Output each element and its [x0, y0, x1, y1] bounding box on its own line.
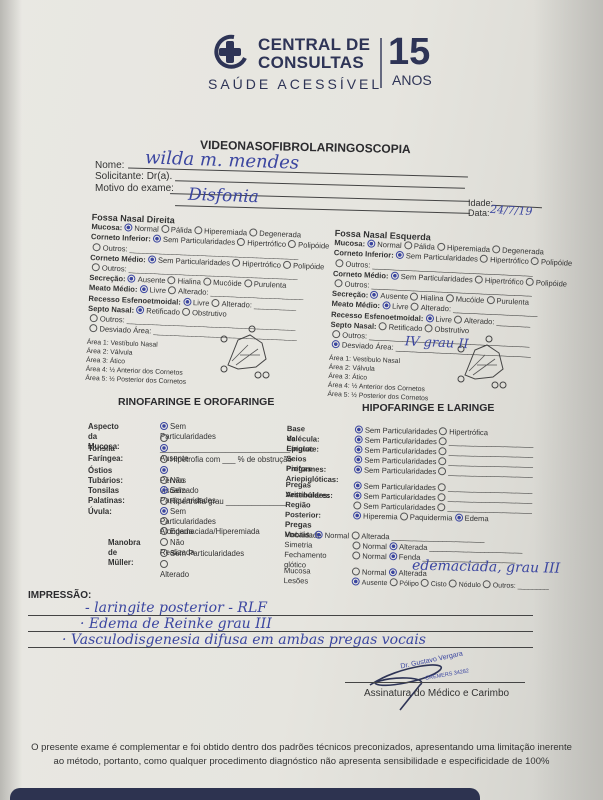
- radio[interactable]: [168, 287, 176, 295]
- option-label: Nódulo: [459, 582, 481, 589]
- fd-corneto-inf-label: Corneto Inferior:: [91, 232, 151, 243]
- option-label: Hipertrófico: [242, 259, 281, 270]
- option-label: Livre: [193, 298, 210, 308]
- option-label: Pálida: [414, 242, 435, 252]
- radio-checked[interactable]: [160, 486, 168, 494]
- radio[interactable]: [160, 434, 168, 442]
- option-label: Paquidermia: [410, 513, 453, 523]
- option-label: Outros:: [344, 280, 369, 290]
- option-label: Normal: [377, 240, 402, 250]
- radio[interactable]: [89, 324, 97, 332]
- radio-checked[interactable]: [315, 531, 323, 539]
- hl-label: Região Posterior:: [285, 500, 321, 521]
- option-label: Polipóide: [536, 278, 568, 288]
- rf-label: Manobra de Müller:: [108, 538, 141, 569]
- radio-checked[interactable]: [353, 511, 361, 519]
- option-label: Ausente: [380, 291, 408, 301]
- option-label: Livre: [392, 302, 409, 312]
- option-label: Edemaciada/Hiperemiada: [170, 527, 260, 536]
- radio-checked[interactable]: [160, 444, 168, 452]
- radio[interactable]: [335, 259, 343, 267]
- radio[interactable]: [352, 567, 360, 575]
- option-label: Pólipo: [399, 580, 419, 587]
- doctor-signature: [360, 655, 530, 715]
- logo-years-label: ANOS: [392, 72, 432, 88]
- option-label: Desviado Área:: [342, 341, 394, 352]
- radio[interactable]: [244, 279, 252, 287]
- radio-checked[interactable]: [354, 465, 362, 473]
- logo-divider: [380, 38, 382, 88]
- option-label: Alterado:: [221, 299, 252, 309]
- disclaimer-line-2: ao método, portanto, como qualquer proce…: [0, 756, 603, 767]
- fd-septo-label: Septo Nasal:: [88, 304, 134, 315]
- radio[interactable]: [160, 527, 168, 535]
- radio[interactable]: [410, 293, 418, 301]
- option-label: Purulenta: [254, 280, 287, 290]
- shadow-left: [0, 0, 22, 800]
- radio-checked[interactable]: [183, 297, 191, 305]
- option-label: Hipetrofia com ___ % de obstrução: [170, 455, 292, 464]
- option-label: Sem Particularidades: [364, 456, 436, 467]
- option-label: Hiperemia: [363, 512, 398, 522]
- radio-checked[interactable]: [354, 455, 362, 463]
- nome-label: Nome:: [95, 160, 124, 171]
- radio-checked[interactable]: [128, 275, 136, 283]
- rf-label: Tonsilas Palatinas:: [88, 486, 125, 506]
- option-label: Normal: [325, 531, 350, 541]
- option-label: Hipertrófico: [490, 255, 529, 266]
- option-label: Polipóide: [298, 241, 330, 251]
- radio[interactable]: [160, 538, 168, 546]
- radio-checked[interactable]: [136, 306, 144, 314]
- fe-meato-label: Meato Médio:: [331, 299, 380, 310]
- radio-checked[interactable]: [396, 251, 404, 259]
- option-label: Sem Particularidades: [365, 426, 437, 437]
- rf-label: Tonsila Faríngea:: [88, 444, 123, 464]
- radio[interactable]: [526, 278, 534, 286]
- nasal-anatomy-diagram-left: [455, 335, 511, 389]
- radio-checked[interactable]: [148, 255, 156, 263]
- option-label: Polipóide: [293, 261, 325, 271]
- logo-tagline: SAÚDE ACESSÍVEL: [208, 76, 382, 92]
- option-label: Polipóide: [541, 258, 573, 268]
- option-label: Sem Particularidades: [170, 549, 244, 558]
- radio[interactable]: [439, 437, 447, 445]
- hl-mucosa-value[interactable]: edemaciada, grau III: [412, 561, 560, 574]
- radio[interactable]: [379, 322, 387, 330]
- radio[interactable]: [486, 296, 494, 304]
- radio[interactable]: [438, 483, 446, 491]
- option-label: Hialina: [178, 277, 202, 287]
- option-label: Desviado Área:: [99, 325, 151, 336]
- fd-corneto-med-label: Corneto Médio:: [90, 253, 146, 264]
- radio[interactable]: [160, 560, 168, 568]
- option-label: Livre: [435, 314, 452, 324]
- option-label: Obstrutivo: [434, 324, 469, 335]
- option-label: Alterado:: [464, 316, 495, 326]
- radio[interactable]: [332, 330, 340, 338]
- option-label: Outros:: [103, 243, 128, 253]
- radio[interactable]: [437, 243, 445, 251]
- radio[interactable]: [182, 308, 190, 316]
- option-label: Retificado: [146, 306, 180, 316]
- rinofaringe-title: RINOFARINGE E OROFARINGE: [118, 396, 274, 408]
- radio[interactable]: [439, 427, 447, 435]
- checkbox-checked[interactable]: [332, 340, 340, 348]
- option-label: Degenerada: [259, 229, 301, 240]
- option-label: Hialina: [420, 293, 444, 303]
- radio[interactable]: [334, 279, 342, 287]
- logo-line-2: CONSULTAS: [258, 54, 364, 71]
- option-label: Mucóide: [213, 278, 242, 288]
- radio-checked[interactable]: [389, 542, 397, 550]
- signature-label: Assinatura do Médico e Carimbo: [364, 688, 509, 699]
- option-label: Sem Particularidades: [363, 502, 435, 513]
- data-value[interactable]: 24/7/19: [490, 203, 533, 218]
- radio[interactable]: [160, 476, 168, 484]
- radio[interactable]: [249, 229, 257, 237]
- radio[interactable]: [475, 275, 483, 283]
- radio[interactable]: [439, 447, 447, 455]
- fd-mucosa-label: Mucosa:: [91, 222, 122, 232]
- fe-secrecao-label: Secreção:: [332, 289, 369, 300]
- radio[interactable]: [352, 551, 360, 559]
- footer-band: [10, 788, 480, 800]
- option-label: Hipertrófico: [247, 239, 286, 250]
- option-label: Alterado:: [420, 303, 451, 313]
- fe-septo-label: Septo Nasal:: [330, 320, 376, 331]
- radio[interactable]: [411, 303, 419, 311]
- option-label: Sem Particularidades: [364, 466, 436, 477]
- radio[interactable]: [438, 493, 446, 501]
- radio-checked[interactable]: [352, 577, 360, 585]
- fe-corneto-inf-label: Corneto Inferior:: [334, 248, 394, 260]
- radio[interactable]: [352, 541, 360, 549]
- radio[interactable]: [92, 263, 100, 271]
- radio-checked[interactable]: [354, 481, 362, 489]
- solicitante-label: Solicitante: Dr(a).: [95, 171, 172, 182]
- radio[interactable]: [288, 240, 296, 248]
- radio-checked[interactable]: [454, 514, 462, 522]
- fossa-esquerda-section: Fossa Nasal Esquerda Mucosa: Normal Páli…: [327, 228, 573, 410]
- radio-checked[interactable]: [153, 235, 161, 243]
- fd-meato-label: Meato Médio:: [89, 283, 138, 294]
- option-label: Sem Particularidades: [364, 482, 436, 493]
- radio[interactable]: [351, 531, 359, 539]
- radio[interactable]: [168, 276, 176, 284]
- radio-checked[interactable]: [391, 271, 399, 279]
- option-label: Outros:: [102, 263, 127, 273]
- hl-label: Lesões: [284, 576, 309, 587]
- radio[interactable]: [237, 238, 245, 246]
- option-label: Retificado: [388, 322, 422, 333]
- radio[interactable]: [211, 299, 219, 307]
- option-label: Normal: [362, 542, 387, 552]
- impressao-text-1[interactable]: - laringite posterior - RLF: [85, 600, 267, 616]
- option-label: Degenerada: [502, 246, 544, 257]
- radio-checked[interactable]: [370, 291, 378, 299]
- option-label: Alterado:: [178, 287, 209, 297]
- impressao-text-3[interactable]: · Vasculodisgenesia difusa em ambas preg…: [62, 632, 426, 648]
- option-label: Hipertrófico: [485, 276, 524, 287]
- radio[interactable]: [160, 497, 168, 505]
- option-label: Sem Particularidades: [364, 446, 436, 457]
- radio[interactable]: [160, 549, 168, 557]
- radio-checked[interactable]: [160, 466, 168, 474]
- option-label: Mucóide: [455, 295, 484, 305]
- radio-checked[interactable]: [353, 491, 361, 499]
- rf-label: Óstios Tubários:: [88, 466, 123, 486]
- radio[interactable]: [438, 457, 446, 465]
- option-label: Obstrutivo: [192, 308, 227, 318]
- option-label: Normal: [362, 552, 387, 562]
- disclaimer-line-1: O presente exame é complementar e foi ob…: [0, 742, 603, 753]
- impressao-label: IMPRESSÃO:: [28, 590, 91, 601]
- radio[interactable]: [353, 501, 361, 509]
- option-label: Sem Particularidades: [365, 436, 437, 447]
- radio[interactable]: [203, 278, 211, 286]
- radio[interactable]: [438, 467, 446, 475]
- option-label: Purulenta: [496, 297, 529, 307]
- radio[interactable]: [454, 315, 462, 323]
- radio-checked[interactable]: [367, 240, 375, 248]
- radio[interactable]: [438, 503, 446, 511]
- radio-checked[interactable]: [355, 435, 363, 443]
- radio[interactable]: [93, 243, 101, 251]
- radio[interactable]: [492, 245, 500, 253]
- radio-checked[interactable]: [389, 552, 397, 560]
- radio[interactable]: [160, 517, 168, 525]
- fe-mucosa-label: Mucosa:: [334, 238, 365, 248]
- rf-label: Úvula:: [88, 507, 112, 517]
- logo-line-1: CENTRAL DE: [258, 36, 370, 53]
- option-label: Ausente: [362, 580, 388, 588]
- radio[interactable]: [480, 255, 488, 263]
- nasal-anatomy-diagram-right: [218, 325, 274, 379]
- fd-areas-legend: Área 1: Vestíbulo Nasal Área 2: Válvula …: [85, 338, 325, 393]
- option-label: Outros:: [493, 582, 516, 589]
- radio[interactable]: [446, 294, 454, 302]
- option-label: Ausente: [138, 275, 166, 285]
- option-label: Outros:: [342, 330, 367, 340]
- radio-checked[interactable]: [124, 224, 132, 232]
- option-label: Hipertrofia grau: [170, 497, 224, 506]
- radio-checked[interactable]: [160, 507, 168, 515]
- option-label: Hiperemiada: [204, 227, 247, 238]
- fd-secrecao-label: Secreção:: [89, 273, 126, 283]
- radio[interactable]: [421, 579, 429, 587]
- radio[interactable]: [232, 258, 240, 266]
- option-label: Cisto: [431, 581, 447, 588]
- radio-checked[interactable]: [354, 445, 362, 453]
- medical-cross-icon: [212, 34, 248, 70]
- radio[interactable]: [161, 225, 169, 233]
- option-label: Alterado: [160, 570, 189, 579]
- radio[interactable]: [449, 579, 457, 587]
- radio[interactable]: [90, 314, 98, 322]
- option-label: Alterada: [399, 542, 427, 552]
- radio[interactable]: [404, 241, 412, 249]
- radio[interactable]: [283, 261, 291, 269]
- motivo-label: Motivo do exame:: [95, 183, 174, 194]
- radio[interactable]: [531, 257, 539, 265]
- radio-checked[interactable]: [382, 302, 390, 310]
- impressao-text-2[interactable]: · Edema de Reinke grau III: [80, 616, 272, 632]
- clinic-logo: CENTRAL DE CONSULTAS SAÚDE ACESSÍVEL 15 …: [208, 32, 448, 112]
- radio-checked[interactable]: [388, 568, 396, 576]
- signature-line: [345, 682, 525, 683]
- option-label: Normal: [134, 224, 159, 234]
- fossa-direita-section: Fossa Nasal Direita Mucosa: Normal Pálid…: [85, 212, 330, 393]
- radio[interactable]: [160, 455, 168, 463]
- hipofaringe-title: HIPOFARINGE E LARINGE: [362, 402, 494, 414]
- data-label: Data:: [468, 208, 490, 218]
- option-label: Hiperemiada: [447, 243, 490, 254]
- radio[interactable]: [194, 226, 202, 234]
- radio[interactable]: [389, 578, 397, 586]
- option-label: Alterada: [361, 532, 389, 542]
- option-label: Edema: [464, 514, 488, 524]
- option-label: Outros:: [345, 259, 370, 269]
- option-label: Sem Particularidades: [363, 492, 435, 503]
- radio[interactable]: [424, 324, 432, 332]
- radio-checked[interactable]: [425, 314, 433, 322]
- option-label: Normal: [362, 568, 387, 578]
- option-label: Pálida: [171, 225, 192, 235]
- logo-years: 15: [388, 32, 430, 72]
- radio-checked[interactable]: [355, 425, 363, 433]
- motivo-value[interactable]: Disfonia: [188, 185, 259, 207]
- radio-checked[interactable]: [160, 422, 168, 430]
- option-label: Hipertrófica: [449, 427, 488, 437]
- radio[interactable]: [400, 512, 408, 520]
- radio-checked[interactable]: [139, 285, 147, 293]
- radio[interactable]: [483, 580, 491, 588]
- option-label: Livre: [149, 286, 166, 296]
- option-label: Outros:: [100, 314, 125, 324]
